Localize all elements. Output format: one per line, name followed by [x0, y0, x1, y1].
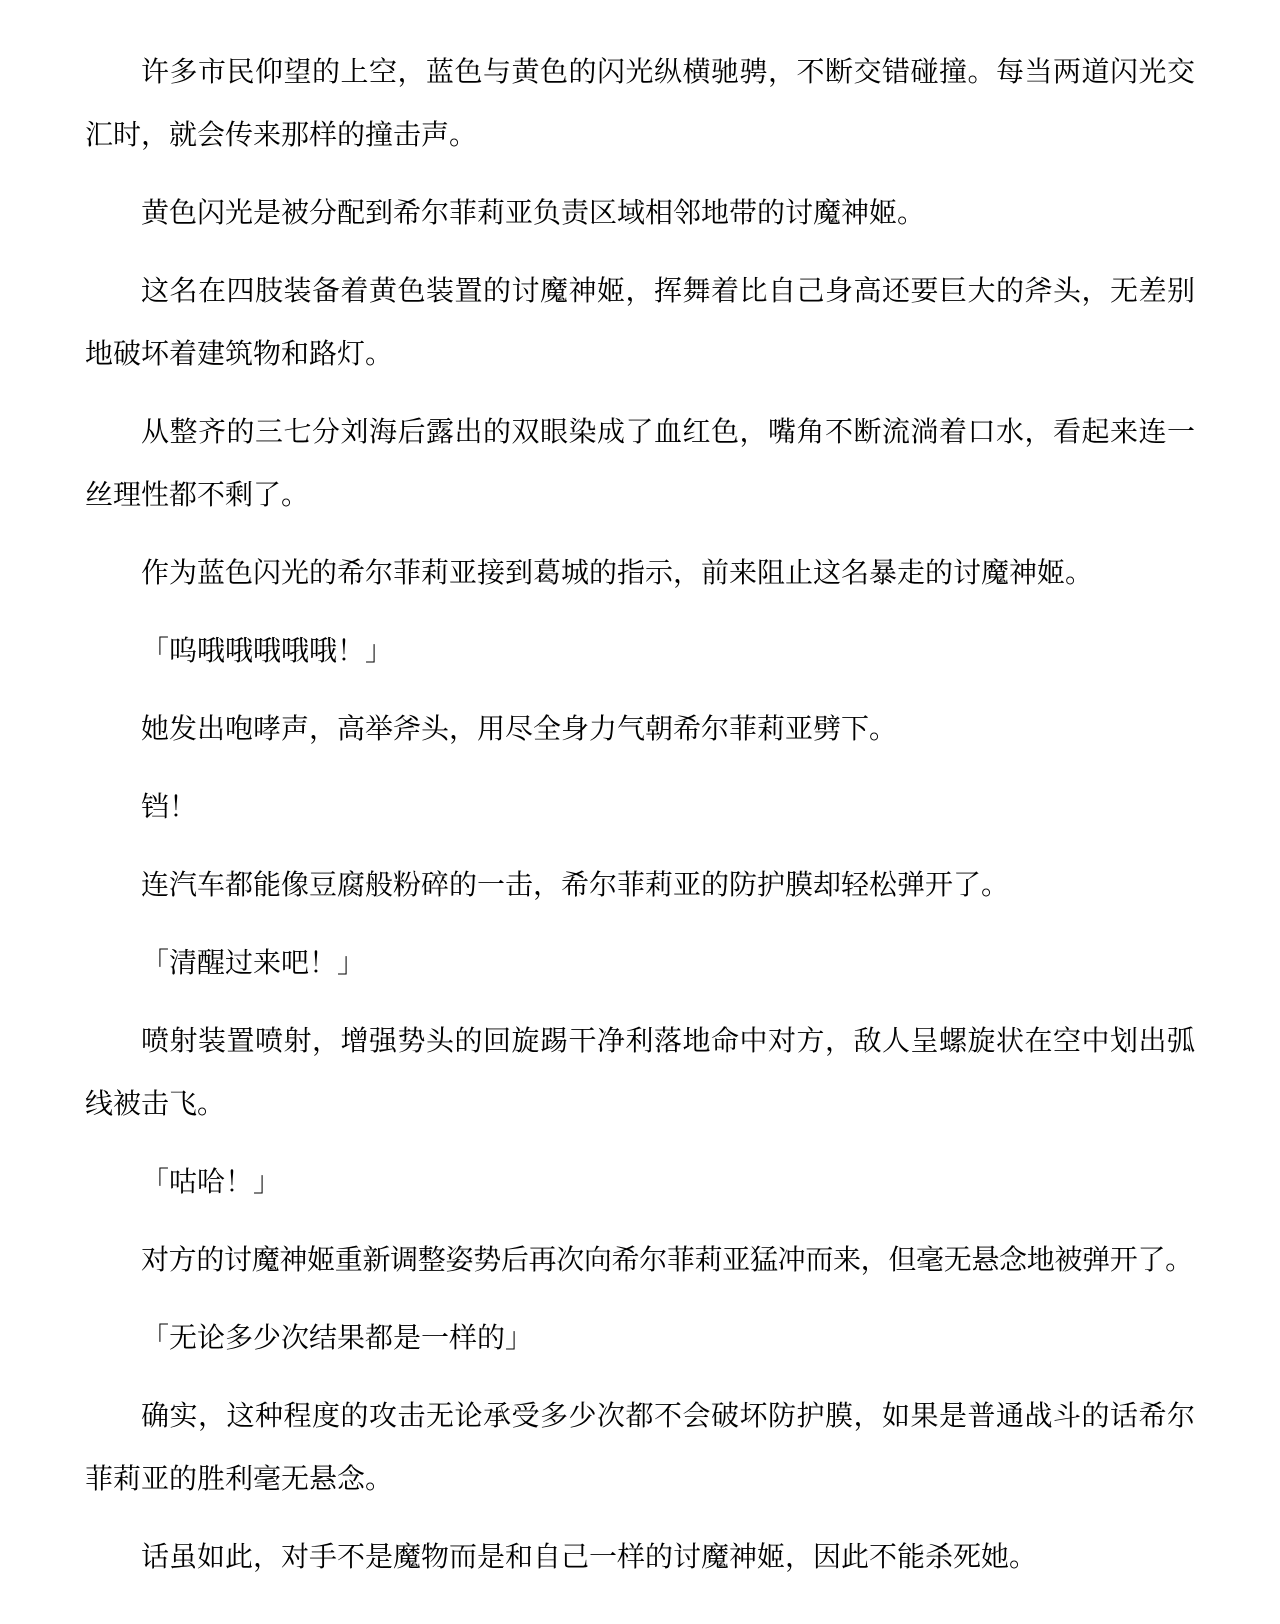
- dialogue-paragraph: 「咕哈！」: [85, 1150, 1195, 1213]
- narration-paragraph: 确实，这种程度的攻击无论承受多少次都不会破坏防护膜，如果是普通战斗的话希尔菲莉亚…: [85, 1384, 1195, 1510]
- narration-paragraph: 从整齐的三七分刘海后露出的双眼染成了血红色，嘴角不断流淌着口水，看起来连一丝理性…: [85, 400, 1195, 526]
- novel-text-page: 许多市民仰望的上空，蓝色与黄色的闪光纵横驰骋，不断交错碰撞。每当两道闪光交汇时，…: [0, 0, 1280, 1624]
- narration-paragraph: 对方的讨魔神姬重新调整姿势后再次向希尔菲莉亚猛冲而来，但毫无悬念地被弹开了。: [85, 1228, 1195, 1291]
- narration-paragraph: 许多市民仰望的上空，蓝色与黄色的闪光纵横驰骋，不断交错碰撞。每当两道闪光交汇时，…: [85, 40, 1195, 166]
- dialogue-paragraph: 「无论多少次结果都是一样的」: [85, 1306, 1195, 1369]
- narration-paragraph: 喷射装置喷射，增强势头的回旋踢干净利落地命中对方，敌人呈螺旋状在空中划出弧线被击…: [85, 1009, 1195, 1135]
- reader-background: { "page": { "background_color": "#ffffff…: [0, 0, 1280, 1624]
- narration-paragraph: 话虽如此，对手不是魔物而是和自己一样的讨魔神姬，因此不能杀死她。: [85, 1525, 1195, 1588]
- narration-paragraph: 连汽车都能像豆腐般粉碎的一击，希尔菲莉亚的防护膜却轻松弹开了。: [85, 853, 1195, 916]
- dialogue-paragraph: 「呜哦哦哦哦哦！」: [85, 619, 1195, 682]
- dialogue-paragraph: 「清醒过来吧！」: [85, 931, 1195, 994]
- narration-paragraph: 她发出咆哮声，高举斧头，用尽全身力气朝希尔菲莉亚劈下。: [85, 697, 1195, 760]
- narration-paragraph: 黄色闪光是被分配到希尔菲莉亚负责区域相邻地带的讨魔神姬。: [85, 181, 1195, 244]
- narration-paragraph: 作为蓝色闪光的希尔菲莉亚接到葛城的指示，前来阻止这名暴走的讨魔神姬。: [85, 541, 1195, 604]
- sfx-paragraph: 铛！: [85, 775, 1195, 838]
- narration-paragraph: 这名在四肢装备着黄色装置的讨魔神姬，挥舞着比自己身高还要巨大的斧头，无差别地破坏…: [85, 259, 1195, 385]
